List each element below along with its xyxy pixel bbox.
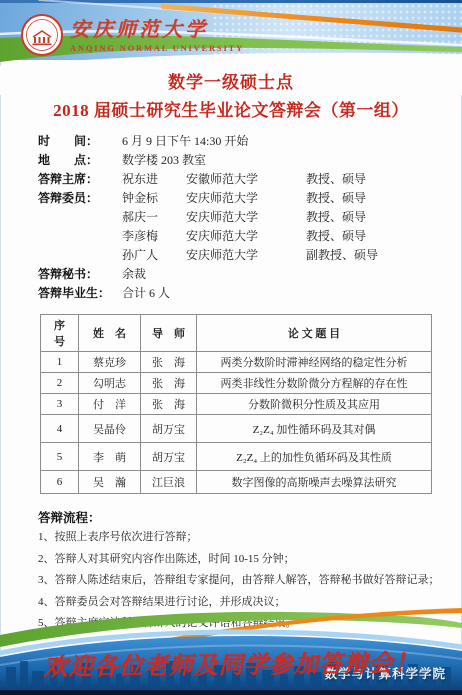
committee-member-title: 副教授、硕导 <box>306 246 436 265</box>
university-logo: 安庆师范大学 ANQING NORMAL UNIVERSITY <box>20 13 244 57</box>
committee-member-title: 教授、硕导 <box>306 208 436 227</box>
committee-member-university: 安庆师范大学 <box>186 246 306 265</box>
chair-row: 答辩主席： 祝东进 安徽师范大学 教授、硕导 <box>38 170 436 189</box>
poster-title: 数学一级硕士点 2018 届硕士研究生毕业论文答辩会（第一组） <box>0 60 462 123</box>
cell-no: 5 <box>41 443 79 471</box>
committee-member-title: 教授、硕导 <box>306 189 436 208</box>
committee-member-name: 李彦梅 <box>122 227 186 246</box>
cell-name: 勾明志 <box>79 373 141 394</box>
cell-name: 吴晶伶 <box>79 415 141 443</box>
page-header: 安庆师范大学 ANQING NORMAL UNIVERSITY <box>0 0 462 60</box>
committee-member-university: 安庆师范大学 <box>186 227 306 246</box>
table-row: 5 李 萌 胡万宝 Z₂Z₄ 上的加性负循环码及其性质 <box>41 443 432 471</box>
university-name-en: ANQING NORMAL UNIVERSITY <box>70 43 244 53</box>
cell-no: 1 <box>41 352 79 373</box>
graduates-row: 答辩毕业生： 合计 6 人 <box>38 284 436 303</box>
secretary-value: 余裁 <box>122 265 436 284</box>
welcome-banner: 欢迎各位老师及同学参加答辩会！ <box>0 642 462 682</box>
committee-row: 孙广人 安庆师范大学 副教授、硕导 <box>38 246 436 265</box>
cell-advisor: 胡万宝 <box>141 443 197 471</box>
table-row: 3 付 洋 张 海 分数阶微积分性质及其应用 <box>41 394 432 415</box>
time-label: 时 间： <box>38 132 122 151</box>
cell-no: 3 <box>41 394 79 415</box>
committee-row: 郝庆一 安庆师范大学 教授、硕导 <box>38 208 436 227</box>
committee-member-name: 钟金标 <box>122 189 186 208</box>
chair-university: 安徽师范大学 <box>186 170 306 189</box>
chair-name: 祝东进 <box>122 170 186 189</box>
time-value: 6 月 9 日下午 14:30 开始 <box>122 132 436 151</box>
cell-advisor: 胡万宝 <box>141 415 197 443</box>
committee-member-university: 安庆师范大学 <box>186 208 306 227</box>
table-row: 6 吴 瀚 江巨浪 数字图像的高斯噪声去噪算法研究 <box>41 471 432 494</box>
col-header-no: 序 号 <box>41 315 79 352</box>
time-row: 时 间： 6 月 9 日下午 14:30 开始 <box>38 132 436 151</box>
process-step: 5、答辩主席宣读所有答辩人的论文评语和答辩结果。 <box>38 613 442 634</box>
cell-advisor: 张 海 <box>141 394 197 415</box>
col-header-advisor: 导 师 <box>141 315 197 352</box>
committee-member-university: 安庆师范大学 <box>186 189 306 208</box>
committee-member-title: 教授、硕导 <box>306 227 436 246</box>
process-step: 3、答辩人陈述结束后，答辩组专家提问，由答辩人解答，答辩秘书做好答辩记录； <box>38 570 442 591</box>
university-name-block: 安庆师范大学 ANQING NORMAL UNIVERSITY <box>70 13 244 53</box>
cell-advisor: 江巨浪 <box>141 471 197 494</box>
cell-thesis: Z₂Z₄ 加性循环码及其对偶 <box>197 415 432 443</box>
col-header-name: 姓 名 <box>79 315 141 352</box>
process-step: 2、答辩人对其研究内容作出陈述，时间 10-15 分钟； <box>38 549 442 570</box>
process-heading: 答辩流程： <box>38 508 442 526</box>
graduates-label: 答辩毕业生： <box>38 284 122 303</box>
committee-member-name: 孙广人 <box>122 246 186 265</box>
graduates-value: 合计 6 人 <box>122 284 436 303</box>
cell-thesis: 分数阶微积分性质及其应用 <box>197 394 432 415</box>
secretary-row: 答辩秘书： 余裁 <box>38 265 436 284</box>
table-row: 1 蔡克珍 张 海 两类分数阶时滞神经网络的稳定性分析 <box>41 352 432 373</box>
cell-thesis: 两类非线性分数阶微分方程解的存在性 <box>197 373 432 394</box>
secretary-label: 答辩秘书： <box>38 265 122 284</box>
table-row: 2 勾明志 张 海 两类非线性分数阶微分方程解的存在性 <box>41 373 432 394</box>
col-header-thesis: 论 文 题 目 <box>197 315 432 352</box>
defense-process-section: 答辩流程： 1、按照上表序号依次进行答辩； 2、答辩人对其研究内容作出陈述，时间… <box>38 508 442 634</box>
cell-advisor: 张 海 <box>141 352 197 373</box>
cell-advisor: 张 海 <box>141 373 197 394</box>
defense-announcement-poster: 安庆师范大学 ANQING NORMAL UNIVERSITY 数学一级硕士点 … <box>0 0 462 695</box>
place-label: 地 点： <box>38 151 122 170</box>
cell-no: 6 <box>41 471 79 494</box>
place-value: 数学楼 203 教室 <box>122 151 436 170</box>
cell-no: 4 <box>41 415 79 443</box>
chair-title: 教授、硕导 <box>306 170 436 189</box>
cell-thesis: 两类分数阶时滞神经网络的稳定性分析 <box>197 352 432 373</box>
title-line-1: 数学一级硕士点 <box>10 68 452 93</box>
defense-info-section: 时 间： 6 月 9 日下午 14:30 开始 地 点： 数学楼 203 教室 … <box>38 132 436 303</box>
cell-name: 付 洋 <box>79 394 141 415</box>
cell-thesis: Z₂Z₄ 上的加性负循环码及其性质 <box>197 443 432 471</box>
committee-label: 答辩委员： <box>38 189 122 208</box>
process-step: 1、按照上表序号依次进行答辩； <box>38 527 442 548</box>
university-name-cn: 安庆师范大学 <box>70 13 244 42</box>
title-line-2: 2018 届硕士研究生毕业论文答辩会（第一组） <box>10 96 452 121</box>
cell-name: 李 萌 <box>79 443 141 471</box>
place-row: 地 点： 数学楼 203 教室 <box>38 151 436 170</box>
table-header-row: 序 号 姓 名 导 师 论 文 题 目 <box>41 315 432 352</box>
committee-row: 答辩委员： 钟金标 安庆师范大学 教授、硕导 <box>38 189 436 208</box>
cell-thesis: 数字图像的高斯噪声去噪算法研究 <box>197 471 432 494</box>
process-step: 4、答辩委员会对答辩结果进行讨论，并形成决议； <box>38 592 442 613</box>
university-seal-icon <box>20 13 64 57</box>
committee-row: 李彦梅 安庆师范大学 教授、硕导 <box>38 227 436 246</box>
cell-no: 2 <box>41 373 79 394</box>
cell-name: 吴 瀚 <box>79 471 141 494</box>
chair-label: 答辩主席： <box>38 170 122 189</box>
table-row: 4 吴晶伶 胡万宝 Z₂Z₄ 加性循环码及其对偶 <box>41 415 432 443</box>
cell-name: 蔡克珍 <box>79 352 141 373</box>
thesis-table: 序 号 姓 名 导 师 论 文 题 目 1 蔡克珍 张 海 两类分数阶时滞神经网… <box>40 314 432 494</box>
committee-member-name: 郝庆一 <box>122 208 186 227</box>
